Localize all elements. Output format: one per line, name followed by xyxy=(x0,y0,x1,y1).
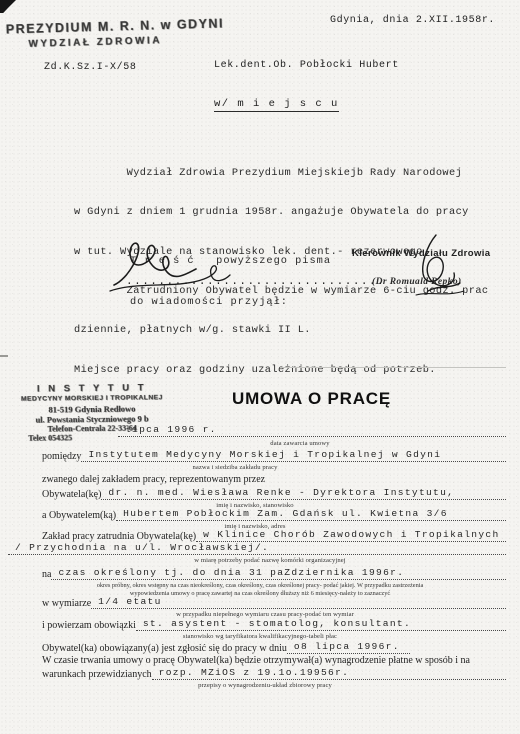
remuneration-terms-caption: przepisy o wynagrodzeniu-układ zbiorowy … xyxy=(140,682,390,689)
sender-stamp: PREZYDIUM M. R. N. w GDYNI WYDZIAŁ ZDROW… xyxy=(6,18,185,51)
recipient-signature xyxy=(108,235,268,297)
employee-row: a Obywatelem(ką) Hubertem Pobłockim Zam.… xyxy=(42,508,506,521)
represented-by-line: zwanego dalej zakładem pracy, reprezento… xyxy=(42,474,265,485)
start-date-value: o8 lipca 1996r. xyxy=(287,641,410,654)
work-unit-value: w Klinice Chorób Zawodowych i Tropikalny… xyxy=(196,529,506,542)
letter-reference-number: Zd.K.Sz.I-X/58 xyxy=(44,62,136,73)
contract-date-caption: data zawarcia umowy xyxy=(180,440,420,447)
employer-caption: nazwa i siedziba zakładu pracy xyxy=(110,464,360,471)
work-unit-row2: / Przychodnia na u/l. Wrocławskiej/. xyxy=(8,542,506,555)
page-divider xyxy=(280,367,506,368)
employer-label: pomiędzy xyxy=(42,451,81,462)
working-time-row: w wymiarze 1/4 etatu xyxy=(42,596,506,609)
remuneration-terms-label: warunkach przewidzianych xyxy=(42,669,152,680)
contract-date-value: lipca 1996 r. xyxy=(118,424,506,437)
remuneration-terms-value: rozp. MZiOS z 19.1o.19956r. xyxy=(152,667,506,680)
letter-closing-line2: do wiadomości przyjął: xyxy=(130,296,331,310)
employment-period-row: na czas określony tj. do dnia 31 paZdzie… xyxy=(42,567,506,580)
employee-label: a Obywatelem(ką) xyxy=(42,510,116,521)
institute-stamp-line2: MEDYCYNY MORSKIEJ I TROPIKALNEJ xyxy=(6,394,178,403)
work-unit-row: Zakład pracy zatrudnia Obywatela(kę) w K… xyxy=(42,529,506,542)
duties-label: i powierzam obowiązki xyxy=(42,620,136,631)
department-head-signature xyxy=(398,233,478,301)
letter-body-line: dziennie, płatnych w/g. stawki II L. xyxy=(74,324,489,337)
duties-caption: stanowisko wg taryfikatora kwalifikacyjn… xyxy=(130,633,390,640)
remuneration-line: W czasie trwania umowy o pracę Obywatel(… xyxy=(42,655,470,666)
work-unit-value2: / Przychodnia na u/l. Wrocławskiej/. xyxy=(8,542,506,555)
institute-stamp-line1: I N S T Y T U T xyxy=(6,382,178,395)
director-label: Obywatela(kę) xyxy=(42,489,101,500)
letter-date: Gdynia, dnia 2.XII.1958r. xyxy=(330,15,495,26)
director-row: Obywatela(kę) dr. n. med. Wiesława Renke… xyxy=(42,487,506,500)
employer-value: Instytutem Medycyny Morskiej i Tropikaln… xyxy=(81,449,506,462)
employment-period-caption: okres próbny, okres wstępny na czas nieo… xyxy=(28,582,492,597)
start-date-label: Obywatel(ka) obowiązany(a) jest zgłosić … xyxy=(42,643,287,654)
duties-value: st. asystent - stomatolog, konsultant. xyxy=(136,618,506,631)
letter-salutation: w/ m i e j s c u xyxy=(214,98,339,112)
employment-period-label: na xyxy=(42,569,51,580)
letter-body-line: Wydział Zdrowia Prezydium Miejskiejb Rad… xyxy=(74,167,489,180)
letter-recipient: Lek.dent.Ob. Pobłocki Hubert xyxy=(214,60,399,71)
director-value: dr. n. med. Wiesława Renke - Dyrektora I… xyxy=(101,487,506,500)
duties-row: i powierzam obowiązki st. asystent - sto… xyxy=(42,618,506,631)
employment-period-caption-line1: okres próbny, okres wstępny na czas nieo… xyxy=(28,582,492,590)
working-time-value: 1/4 etatu xyxy=(91,596,506,609)
working-time-label: w wymiarze xyxy=(42,598,91,609)
contract-date-row: lipca 1996 r. xyxy=(118,424,506,437)
contract-title: UMOWA O PRACĘ xyxy=(232,389,391,409)
work-unit-label: Zakład pracy zatrudnia Obywatela(kę) xyxy=(42,531,196,542)
letter-body-line: w Gdyni z dniem 1 grudnia 1958r. angażuj… xyxy=(74,206,489,219)
start-date-row: Obywatel(ka) obowiązany(a) jest zgłosić … xyxy=(42,641,410,654)
employee-value: Hubertem Pobłockim Zam. Gdańsk ul. Kwiet… xyxy=(116,508,506,521)
scan-edge-artifact xyxy=(0,355,8,357)
employer-row: pomiędzy Instytutem Medycyny Morskiej i … xyxy=(42,449,506,462)
work-unit-caption: w miarę potrzeby podać nazwę komórki org… xyxy=(140,557,400,564)
letter-body-line: Miejsce pracy oraz godziny uzależnione b… xyxy=(74,364,489,377)
working-time-caption: w przypadku niepełnego wymiaru czasu pra… xyxy=(140,611,390,618)
remuneration-terms-row: warunkach przewidzianych rozp. MZiOS z 1… xyxy=(42,667,506,680)
employment-period-value: czas określony tj. do dnia 31 paZdzierni… xyxy=(51,567,506,580)
